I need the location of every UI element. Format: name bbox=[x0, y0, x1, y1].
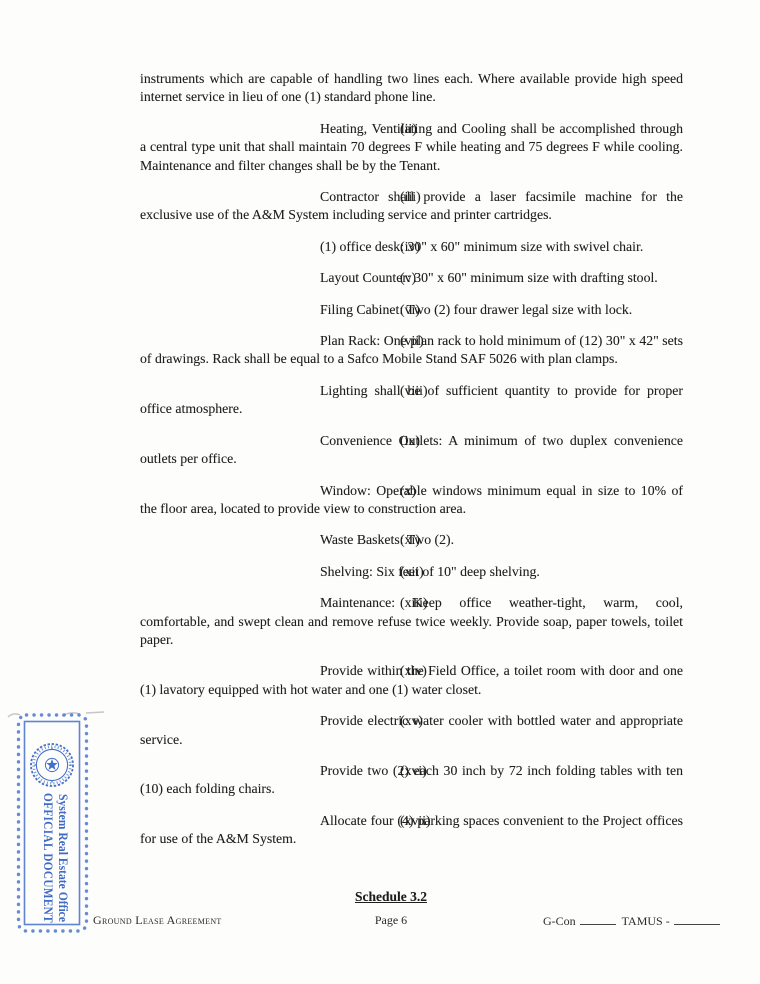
paragraph-text: Plan Rack: One plan rack to hold minimum… bbox=[140, 333, 683, 366]
item-number: (iii) bbox=[270, 188, 320, 206]
body-paragraph: (vi)Filing Cabinet: Two (2) four drawer … bbox=[140, 301, 683, 319]
item-number: (vi) bbox=[270, 301, 320, 319]
body-paragraph: (iii)Contractor shall provide a laser fa… bbox=[140, 188, 683, 225]
body-paragraph: (xvi)Provide two (2) each 30 inch by 72 … bbox=[140, 762, 683, 799]
body-paragraph: (xv)Provide electric water cooler with b… bbox=[140, 712, 683, 749]
stamp-official-line: OFFICIAL DOCUMENT bbox=[41, 793, 55, 923]
body-paragraph: instruments which are capable of handlin… bbox=[140, 70, 683, 107]
stamp-office-line: System Real Estate Office bbox=[56, 794, 70, 922]
item-number: (xii) bbox=[270, 563, 320, 581]
gcon-blank-line bbox=[580, 913, 616, 925]
item-number: (ix) bbox=[270, 432, 320, 450]
item-number: (xiv) bbox=[270, 662, 320, 680]
item-number: (v) bbox=[270, 269, 320, 287]
item-number: (xv) bbox=[270, 712, 320, 730]
paragraph-text: Shelving: Six feet of 10" deep shelving. bbox=[320, 564, 540, 579]
body-paragraph: (ix)Convenience Outlets: A minimum of tw… bbox=[140, 432, 683, 469]
item-number: (xiii) bbox=[270, 594, 320, 612]
item-number: (xvii) bbox=[270, 812, 320, 830]
body-paragraph: (xvii)Allocate four (4) parking spaces c… bbox=[140, 812, 683, 849]
gcon-label: G-Con bbox=[543, 914, 576, 928]
body-paragraph: (viii)Lighting shall be of sufficient qu… bbox=[140, 382, 683, 419]
paragraph-text: Filing Cabinet: Two (2) four drawer lega… bbox=[320, 302, 632, 317]
body-paragraph: (v)Layout Counter: 30" x 60" minimum siz… bbox=[140, 269, 683, 287]
item-number: (ii) bbox=[270, 120, 320, 138]
body-paragraph: (xii)Shelving: Six feet of 10" deep shel… bbox=[140, 563, 683, 581]
item-number: (x) bbox=[270, 482, 320, 500]
item-number: (xvi) bbox=[270, 762, 320, 780]
document-body: instruments which are capable of handlin… bbox=[140, 70, 683, 862]
paragraph-text: Heating, Ventilating and Cooling shall b… bbox=[140, 121, 683, 173]
seal-star bbox=[46, 759, 57, 770]
tamus-label: TAMUS - bbox=[622, 914, 670, 928]
scanned-document-page: instruments which are capable of handlin… bbox=[0, 0, 760, 984]
item-number: (iv) bbox=[270, 238, 320, 256]
university-seal-icon bbox=[31, 744, 73, 786]
page-footer: Ground Lease Agreement Page 6 G-ConTAMUS… bbox=[0, 913, 760, 933]
paragraph-text: (1) office desk: 30" x 60" minimum size … bbox=[320, 239, 643, 254]
item-number: (xi) bbox=[270, 531, 320, 549]
schedule-label: Schedule 3.2 bbox=[0, 889, 760, 905]
body-paragraph: (xi)Waste Baskets: Two (2). bbox=[140, 531, 683, 549]
body-paragraph: (vii)Plan Rack: One plan rack to hold mi… bbox=[140, 332, 683, 369]
paragraph-text: Maintenance: Keep office weather-tight, … bbox=[140, 595, 683, 647]
body-paragraph: (iv)(1) office desk: 30" x 60" minimum s… bbox=[140, 238, 683, 256]
footer-reference-fields: G-ConTAMUS - bbox=[543, 913, 720, 929]
item-number: (vii) bbox=[270, 332, 320, 350]
tamus-blank-line bbox=[674, 913, 720, 925]
item-number: (viii) bbox=[270, 382, 320, 400]
paragraph-text: Layout Counter: 30" x 60" minimum size w… bbox=[320, 270, 658, 285]
body-paragraph: (xiii)Maintenance: Keep office weather-t… bbox=[140, 594, 683, 649]
paragraph-text: instruments which are capable of handlin… bbox=[140, 71, 683, 104]
paragraph-text: Contractor shall provide a laser facsimi… bbox=[140, 189, 683, 222]
body-paragraph: (ii)Heating, Ventilating and Cooling sha… bbox=[140, 120, 683, 175]
paragraph-text: Provide within the Field Office, a toile… bbox=[140, 663, 683, 696]
official-document-stamp: System Real Estate Office OFFICIAL DOCUM… bbox=[14, 708, 92, 938]
body-paragraph: (x)Window: Operable windows minimum equa… bbox=[140, 482, 683, 519]
body-paragraph: (xiv)Provide within the Field Office, a … bbox=[140, 662, 683, 699]
paragraph-text: Window: Operable windows minimum equal i… bbox=[140, 483, 683, 516]
paragraph-text: Waste Baskets: Two (2). bbox=[320, 532, 454, 547]
